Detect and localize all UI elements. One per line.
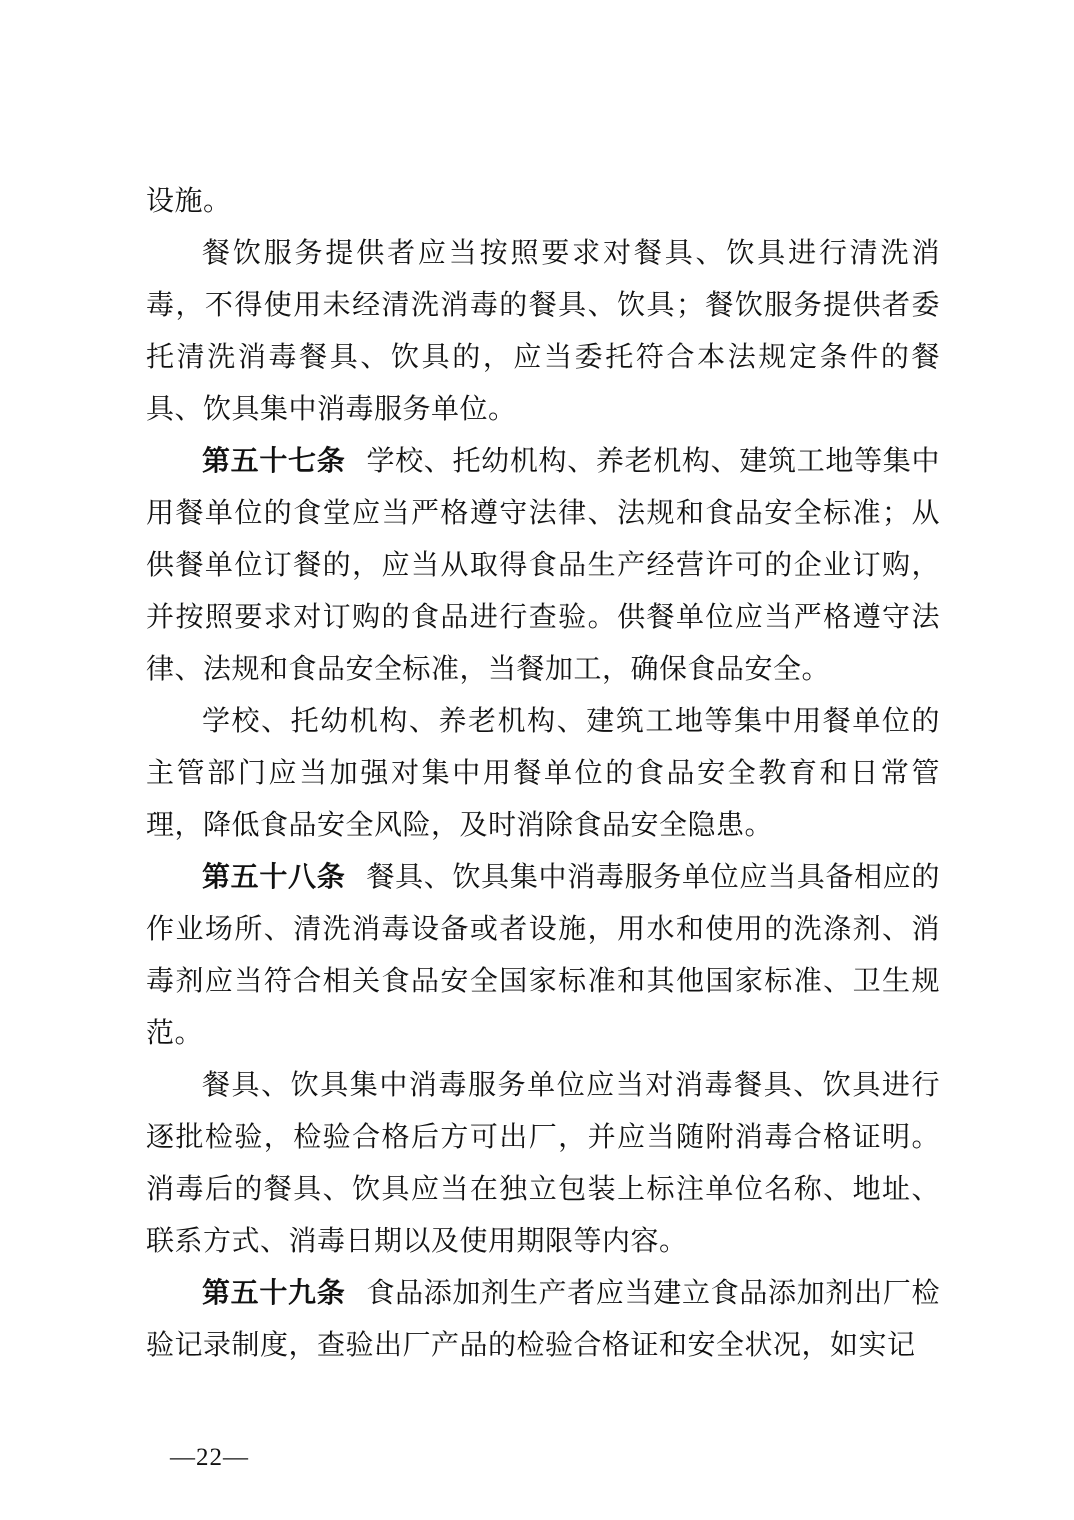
paragraph: 第五十七条学校、托幼机构、养老机构、建筑工地等集中用餐单位的食堂应当严格遵守法律… xyxy=(146,436,940,696)
paragraph: 学校、托幼机构、养老机构、建筑工地等集中用餐单位的主管部门应当加强对集中用餐单位… xyxy=(146,696,940,852)
paragraph: 第五十九条食品添加剂生产者应当建立食品添加剂出厂检验记录制度，查验出厂产品的检验… xyxy=(146,1268,940,1372)
paragraph-text: 设施。 xyxy=(146,186,232,217)
paragraph-text: 餐饮服务提供者应当按照要求对餐具、饮具进行清洗消毒，不得使用未经清洗消毒的餐具、… xyxy=(146,238,940,425)
paragraph-text: 学校、托幼机构、养老机构、建筑工地等集中用餐单位的食堂应当严格遵守法律、法规和食… xyxy=(146,446,940,685)
paragraph: 餐具、饮具集中消毒服务单位应当对消毒餐具、饮具进行逐批检验，检验合格后方可出厂，… xyxy=(146,1060,940,1268)
paragraph: 设施。 xyxy=(146,176,940,228)
paragraph-text: 餐具、饮具集中消毒服务单位应当对消毒餐具、饮具进行逐批检验，检验合格后方可出厂，… xyxy=(146,1070,940,1257)
document-page: 设施。 餐饮服务提供者应当按照要求对餐具、饮具进行清洗消毒，不得使用未经清洗消毒… xyxy=(0,0,1074,1520)
paragraph-text: 学校、托幼机构、养老机构、建筑工地等集中用餐单位的主管部门应当加强对集中用餐单位… xyxy=(146,706,940,841)
paragraph: 第五十八条餐具、饮具集中消毒服务单位应当具备相应的作业场所、清洗消毒设备或者设施… xyxy=(146,852,940,1060)
paragraph: 餐饮服务提供者应当按照要求对餐具、饮具进行清洗消毒，不得使用未经清洗消毒的餐具、… xyxy=(146,228,940,436)
document-body: 设施。 餐饮服务提供者应当按照要求对餐具、饮具进行清洗消毒，不得使用未经清洗消毒… xyxy=(146,176,940,1372)
page-number: —22— xyxy=(170,1444,249,1472)
article-number: 第五十七条 xyxy=(202,446,345,477)
article-number: 第五十九条 xyxy=(202,1278,345,1309)
article-number: 第五十八条 xyxy=(202,862,345,893)
